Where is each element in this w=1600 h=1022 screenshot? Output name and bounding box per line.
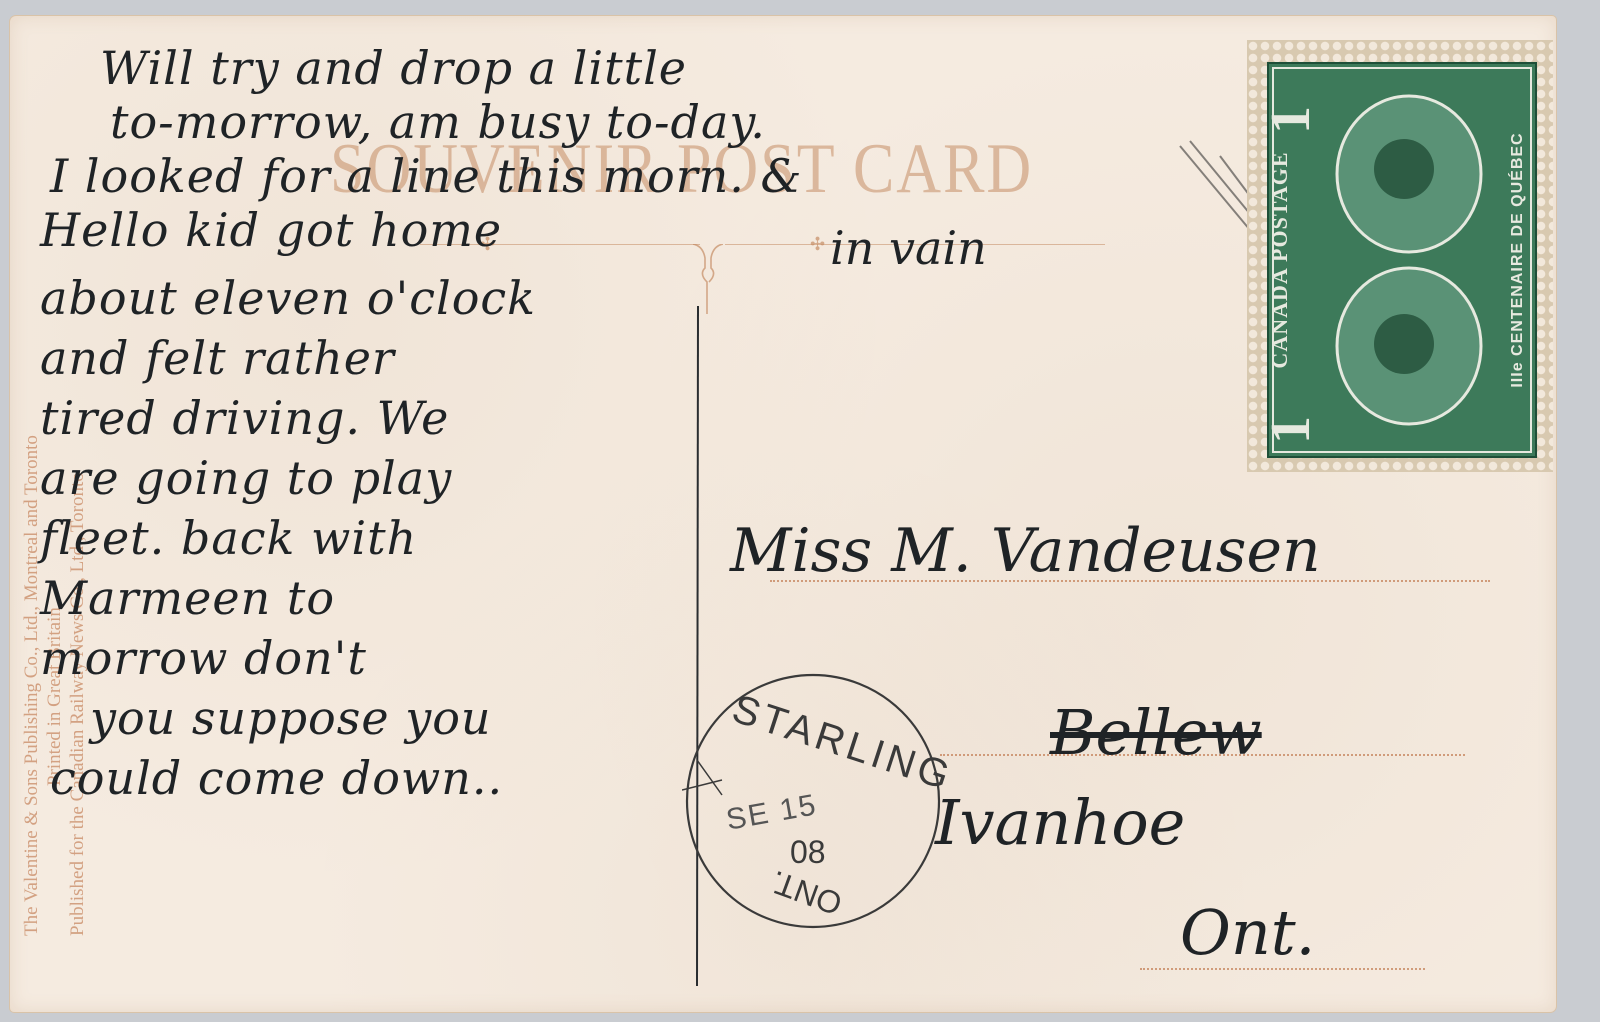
stamp-inscription: IIIe CENTENAIRE DE QUÉBEC [1509,64,1527,456]
message-line: Marmeen to [40,571,803,625]
message-line: to-morrow, am busy to-day. [40,95,803,149]
recipient-crossed-town: Bellew [1050,696,1262,769]
message-line: Will try and drop a little [40,41,803,95]
stamp-artwork-icon: 1 1 [1269,64,1535,456]
message-side-note: in vain [830,221,987,275]
postcard-back: SOUVENIR POST CARD ✣ ✣ The Valentine & S… [10,16,1556,1012]
postage-stamp: 1 1 CANADA POSTAGE IIIe CENTENAIRE DE QU… [1247,40,1553,472]
recipient-city: Ivanhoe [935,786,1185,859]
message-line: tired driving. We [40,391,803,445]
stamp-country: CANADA POSTAGE [1267,64,1293,456]
message-line: are going to play [40,451,803,505]
stamp-design: 1 1 CANADA POSTAGE IIIe CENTENAIRE DE QU… [1267,62,1537,458]
message-line: Hello kid got home [40,203,803,257]
message-line: fleet. back with [40,511,803,565]
recipient-province: Ont. [1180,896,1315,969]
message-line: I looked for a line this morn. & [40,149,803,203]
flourish-icon: ✣ [810,234,825,255]
message-line: and felt rather [40,331,803,385]
message-line: about eleven o'clock [40,271,803,325]
postmark-year: 08 [790,834,826,871]
recipient-name: Miss M. Vandeusen [730,516,1321,586]
